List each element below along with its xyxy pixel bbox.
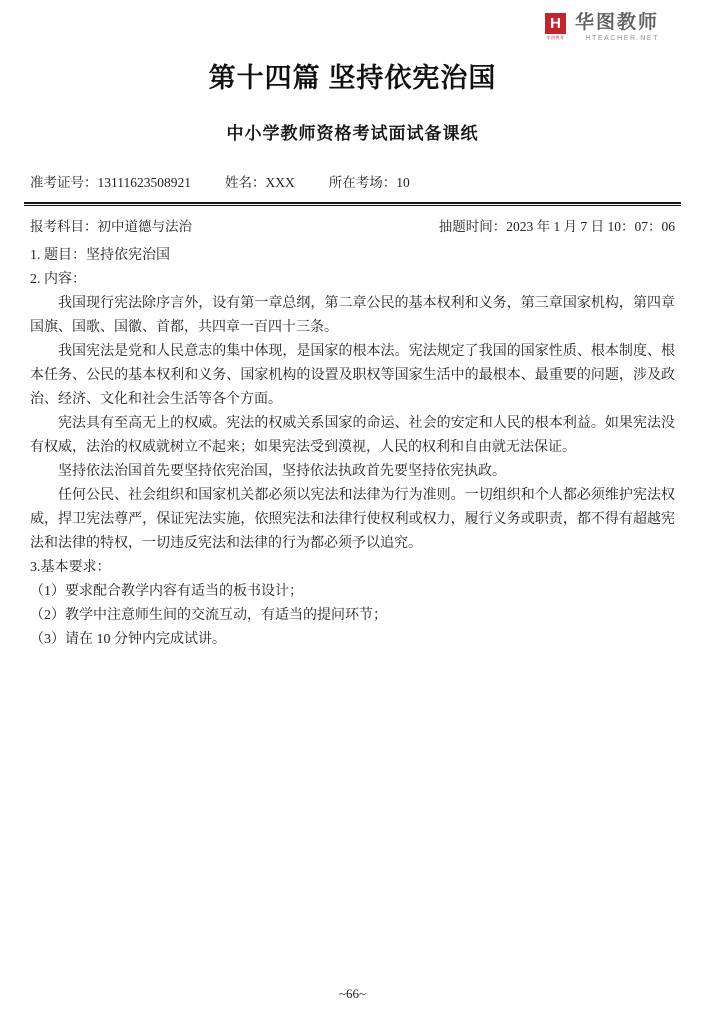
content-paragraph: 我国现行宪法除序言外，设有第一章总纲，第二章公民的基本权利和义务，第三章国家机构…: [30, 292, 675, 340]
document-body: 1. 题目：坚持依宪治国 2. 内容： 我国现行宪法除序言外，设有第一章总纲，第…: [30, 244, 675, 652]
huatu-logo-caption: 华图教育: [546, 35, 564, 40]
huatu-logo-mark: H 华图教育: [545, 13, 566, 40]
huatu-logo-text: 华图教师 HTEACHER.NET: [575, 13, 659, 43]
content-paragraph: 任何公民、社会组织和国家机关都必须以宪法和法律为行为准则。一切组织和个人都必须维…: [30, 484, 675, 556]
requirement-item: （2）教学中注意师生间的交流互动，有适当的提问环节；: [30, 604, 675, 628]
requirement-item: （3）请在 10 分钟内完成试讲。: [30, 628, 675, 652]
requirements-label: 3.基本要求：: [30, 556, 675, 580]
topic-line: 1. 题目：坚持依宪治国: [30, 244, 675, 268]
requirement-item: （1）要求配合教学内容有适当的板书设计；: [30, 580, 675, 604]
document-page: H 华图教育 华图教师 HTEACHER.NET 第十四篇 坚持依宪治国 中小学…: [0, 0, 705, 1028]
content-paragraph: 坚持依法治国首先要坚持依宪治国，坚持依法执政首先要坚持依宪执政。: [30, 460, 675, 484]
huatu-logo-icon: H: [545, 13, 566, 34]
content-paragraph: 宪法具有至高无上的权威。宪法的权威关系国家的命运、社会的安定和人民的根本利益。如…: [30, 412, 675, 460]
huatu-logo: H 华图教育 华图教师 HTEACHER.NET: [545, 13, 659, 43]
candidate-name: 姓名：XXX: [225, 171, 295, 191]
page-subtitle: 中小学教师资格考试面试备课纸: [0, 119, 705, 144]
subject-row: 报考科目：初中道德与法治 抽题时间：2023 年 1 月 7 日 10：07：0…: [30, 215, 675, 235]
candidate-info-row: 准考证号：13111623508921 姓名：XXX 所在考场：10: [30, 171, 675, 191]
exam-room: 所在考场：10: [329, 171, 410, 191]
brand-domain: HTEACHER.NET: [585, 34, 659, 43]
exam-subject: 报考科目：初中道德与法治: [30, 215, 192, 235]
brand-name: 华图教师: [575, 13, 659, 33]
ticket-number: 准考证号：13111623508921: [30, 171, 191, 191]
content-label: 2. 内容：: [30, 268, 675, 292]
double-divider: [24, 202, 681, 206]
content-paragraph: 我国宪法是党和人民意志的集中体现，是国家的根本法。宪法规定了我国的国家性质、根本…: [30, 340, 675, 412]
draw-time: 抽题时间：2023 年 1 月 7 日 10：07：06: [439, 215, 675, 235]
page-number: ~66~: [0, 986, 705, 1002]
